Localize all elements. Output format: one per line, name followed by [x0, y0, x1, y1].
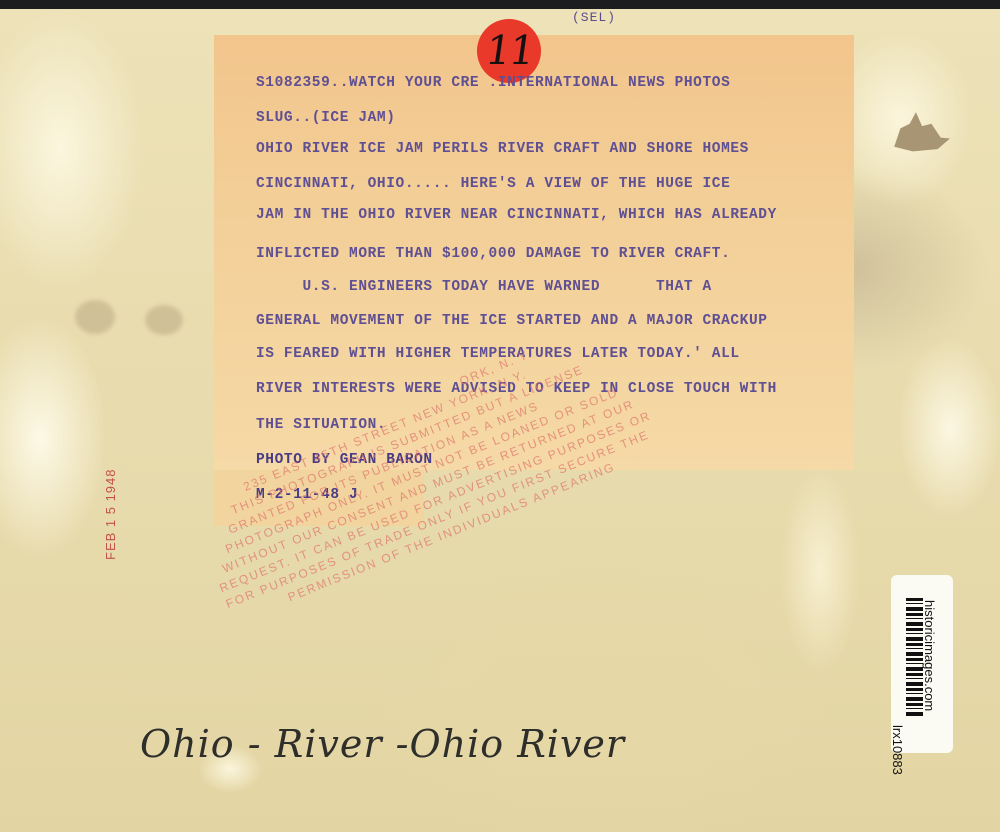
water-stain [75, 300, 115, 334]
caption-line: INFLICTED MORE THAN $100,000 DAMAGE TO R… [256, 246, 730, 262]
water-stain [145, 305, 183, 335]
caption-line: S1082359..WATCH YOUR CRE .INTERNATIONAL … [256, 75, 730, 91]
handwritten-note: Ohio - River -Ohio River [140, 722, 625, 766]
caption-line: SLUG..(ICE JAM) [256, 110, 396, 126]
scan-border [0, 0, 1000, 9]
date-received-stamp: FEB 1 5 1948 [103, 469, 118, 561]
number-sticker: 11 [477, 19, 541, 83]
caption-line: GENERAL MOVEMENT OF THE ICE STARTED AND … [256, 313, 768, 329]
caption-line: JAM IN THE OHIO RIVER NEAR CINCINNATI, W… [256, 207, 777, 223]
caption-line: OHIO RIVER ICE JAM PERILS RIVER CRAFT AN… [256, 141, 749, 157]
sticker-number: 11 [482, 28, 535, 74]
caption-line: CINCINNATI, OHIO..... HERE'S A VIEW OF T… [256, 176, 730, 192]
barcode-icon [906, 598, 923, 718]
label-site: historicimages.com [922, 600, 937, 711]
caption-line: U.S. ENGINEERS TODAY HAVE WARNED THAT A [256, 279, 712, 295]
label-sku: lrx10883 [890, 725, 905, 775]
sel-label: (SEL) [572, 10, 616, 25]
